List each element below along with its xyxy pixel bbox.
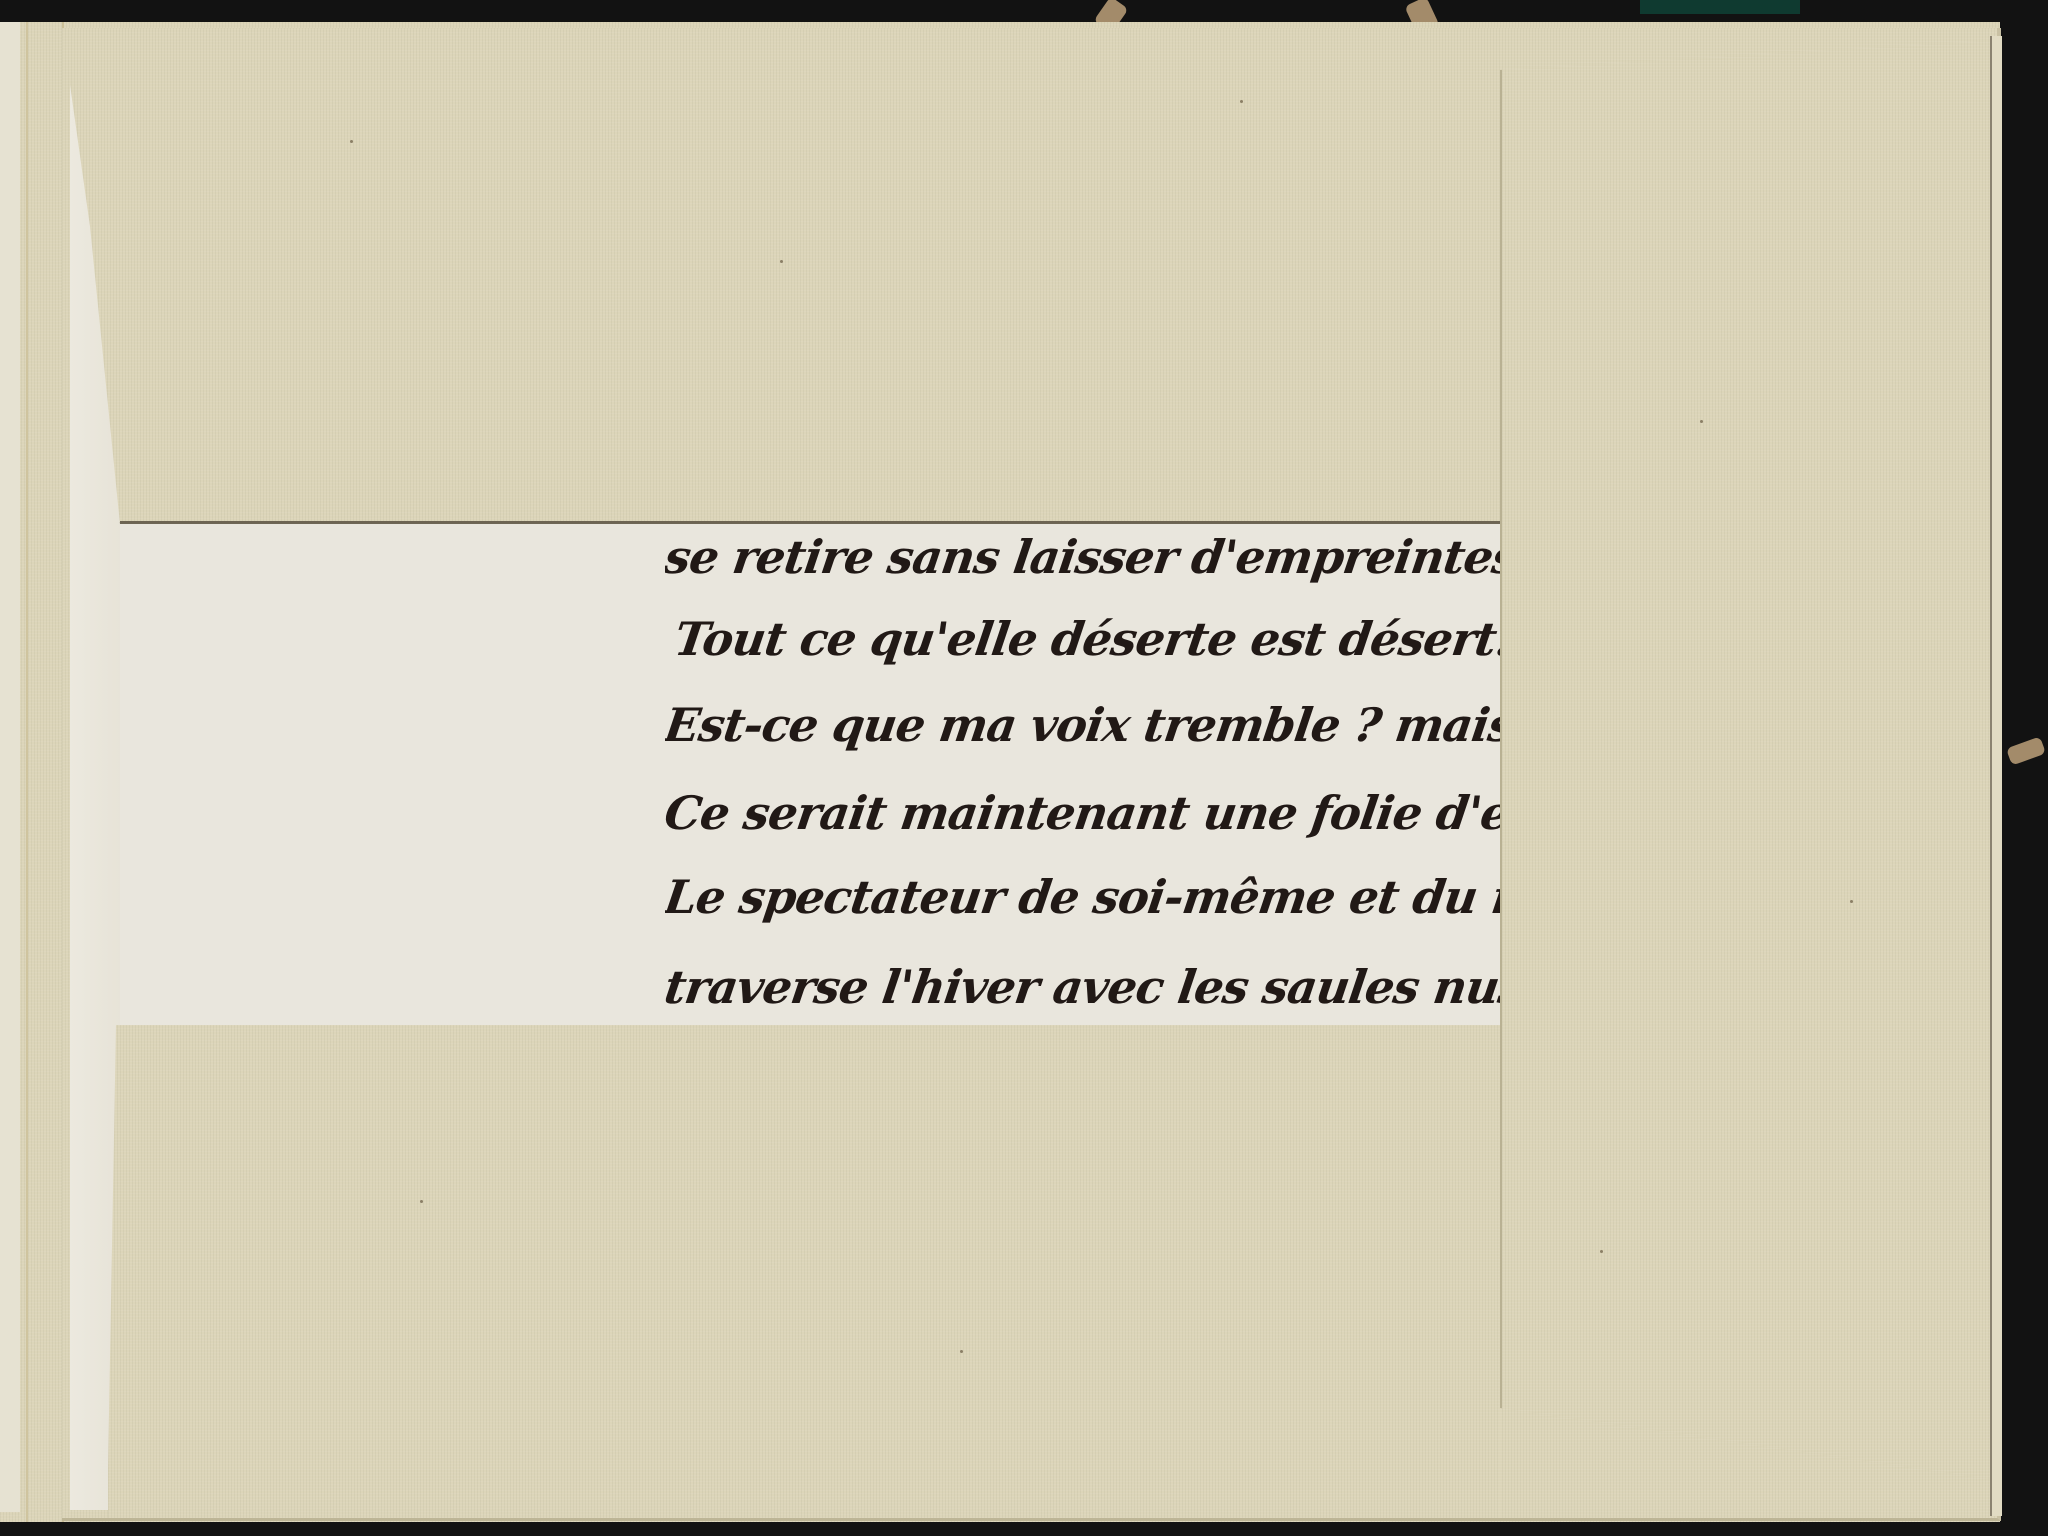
verse-line-2: Tout ce qu'elle déserte est désert. <box>671 612 1505 666</box>
spine-inner-page <box>0 22 20 1512</box>
verse-line-1: se retire sans laisser d'empreintes. <box>665 530 1505 584</box>
linen-speck <box>1600 1250 1603 1253</box>
top-flap[interactable] <box>62 28 1500 524</box>
spine-hinge <box>26 22 64 1522</box>
right-flap[interactable] <box>1500 40 1997 1480</box>
linen-speck <box>1700 420 1703 423</box>
linen-speck <box>420 1200 423 1203</box>
green-object-edge <box>1640 0 1800 14</box>
linen-speck <box>1850 900 1853 903</box>
verse-line-5: Le spectateur de soi-même et du monde <box>665 870 1505 924</box>
verse-line-3: Est-ce que ma voix tremble ? mais mon âm… <box>665 698 1505 752</box>
handwritten-verse: se retire sans laisser d'empreintes. Tou… <box>665 530 1505 1030</box>
verse-line-4: Ce serait maintenant une folie d'espérer… <box>665 786 1505 840</box>
verse-line-6: traverse l'hiver avec les saules nus <box>665 960 1505 1014</box>
linen-speck <box>960 1350 963 1353</box>
linen-speck <box>350 140 353 143</box>
linen-speck <box>780 260 783 263</box>
bottom-flap[interactable] <box>108 1025 1500 1518</box>
box-right-edge <box>1990 36 2002 1516</box>
linen-speck <box>1240 100 1243 103</box>
top-flap-edge <box>120 521 1500 523</box>
